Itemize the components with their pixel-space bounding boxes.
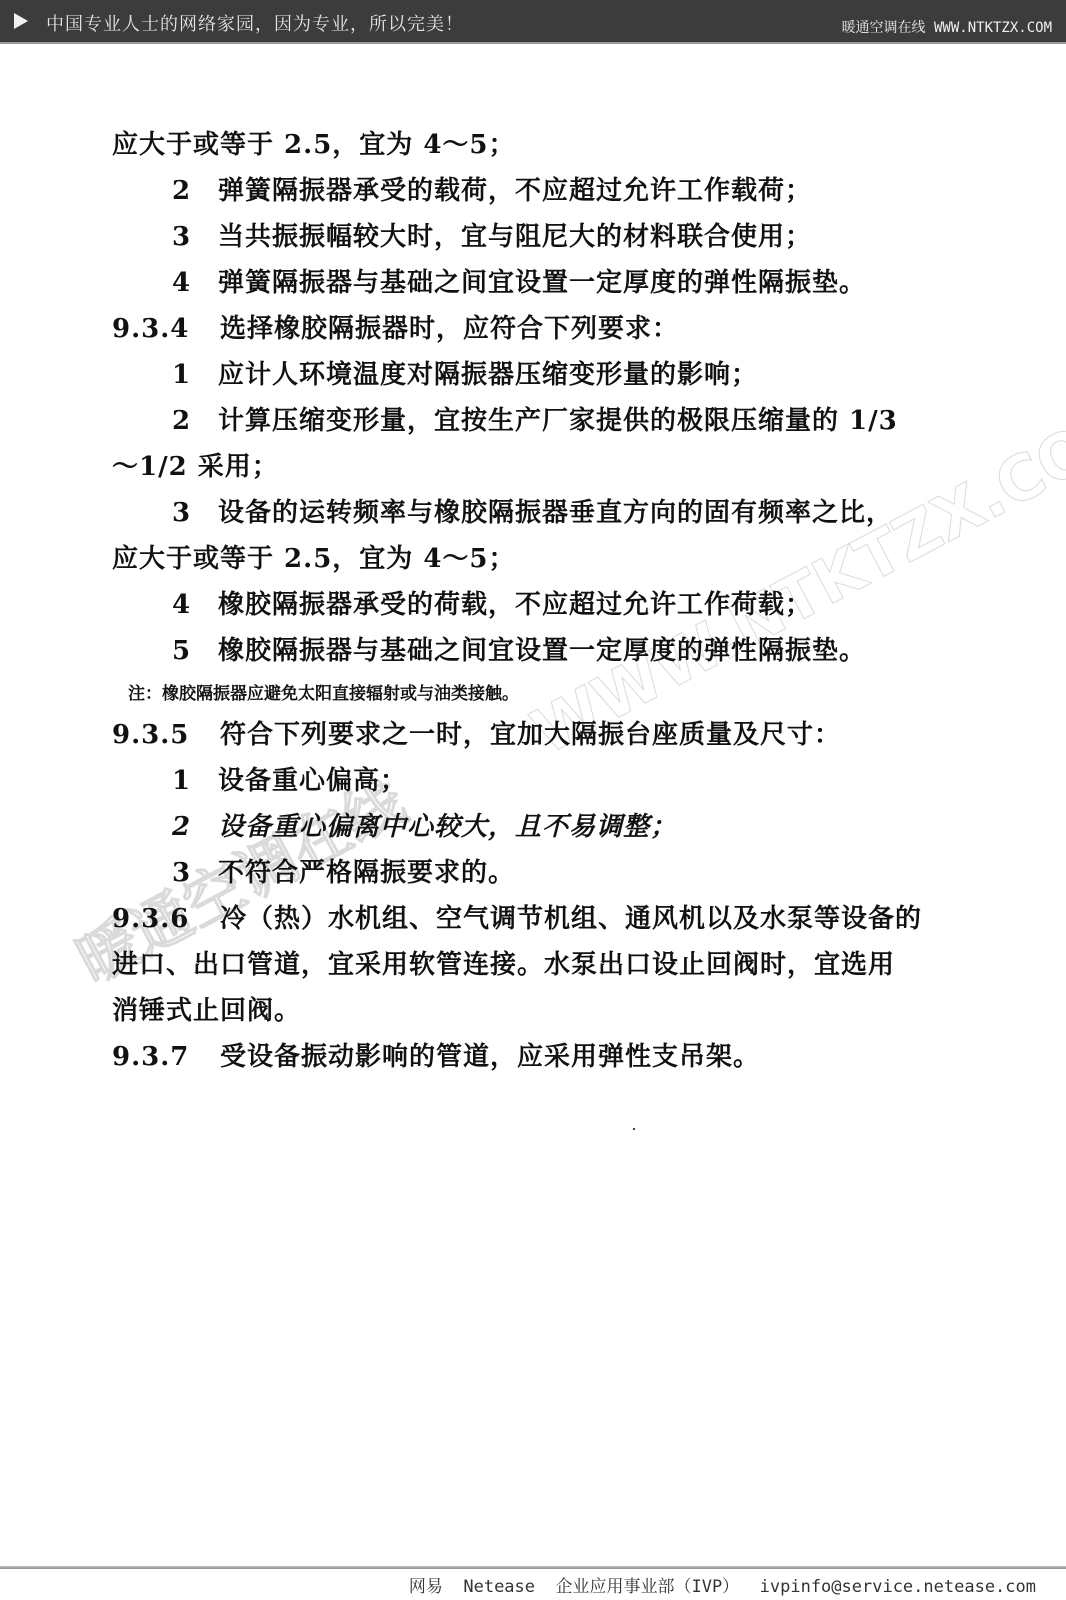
list-item: 4弹簧隔振器与基础之间宜设置一定厚度的弹性隔振垫。 xyxy=(172,268,866,298)
item-text: 设备重心偏离中心较大，且不易调整； xyxy=(218,812,677,842)
text-line-continuation: 进口、出口管道，宜采用软管连接。水泵出口设止回阀时，宜选用 xyxy=(112,950,895,980)
item-text: 当共振振幅较大时，宜与阻尼大的材料联合使用； xyxy=(218,222,812,252)
line-text: 应大于或等于 2.5，宜为 4～5； xyxy=(112,130,516,160)
item-number: 4 xyxy=(172,590,218,620)
item-number: 2 xyxy=(172,176,218,206)
clause-number: 9.3.4 xyxy=(112,314,220,344)
item-text: 不符合严格隔振要求的。 xyxy=(218,858,515,888)
clause-heading: 9.3.4选择橡胶隔振器时，应符合下列要求： xyxy=(112,314,679,344)
clause-text: 符合下列要求之一时，宜加大隔振台座质量及尺寸： xyxy=(220,720,841,750)
line-text: 应大于或等于 2.5，宜为 4～5； xyxy=(112,544,516,574)
item-text: 橡胶隔振器承受的荷载，不应超过允许工作荷载； xyxy=(218,590,812,620)
item-number: 1 xyxy=(172,766,218,796)
item-number: 2 xyxy=(172,406,218,436)
text-line-continuation: 应大于或等于 2.5，宜为 4～5； xyxy=(112,544,516,574)
list-item: 3设备的运转频率与橡胶隔振器垂直方向的固有频率之比， xyxy=(172,498,893,528)
note-line: 注：橡胶隔振器应避免太阳直接辐射或与油类接触。 xyxy=(128,684,519,704)
banner-site-name: 暖通空调在线 WWW.NTKTZX.COM xyxy=(842,17,1052,37)
text-line-continuation: 消锤式止回阀。 xyxy=(112,996,301,1026)
clause-text: 冷（热）水机组、空气调节机组、通风机以及水泵等设备的 xyxy=(220,904,922,934)
document-page: WWW.NTKTZX.COM 暖通空调在线 应大于或等于 2.5，宜为 4～5；… xyxy=(0,44,1066,1534)
item-text: 弹簧隔振器承受的载荷，不应超过允许工作载荷； xyxy=(218,176,812,206)
list-item: 2弹簧隔振器承受的载荷，不应超过允许工作载荷； xyxy=(172,176,812,206)
clause-heading: 9.3.5符合下列要求之一时，宜加大隔振台座质量及尺寸： xyxy=(112,720,841,750)
item-text: 计算压缩变形量，宜按生产厂家提供的极限压缩量的 1/3 xyxy=(218,406,898,436)
item-text: 设备重心偏高； xyxy=(218,766,407,796)
clause-text: 受设备振动影响的管道，应采用弹性支吊架。 xyxy=(220,1042,760,1072)
list-item: 2计算压缩变形量，宜按生产厂家提供的极限压缩量的 1/3 xyxy=(172,406,898,436)
clause-heading: 9.3.7受设备振动影响的管道，应采用弹性支吊架。 xyxy=(112,1042,760,1072)
top-banner: 中国专业人士的网络家园，因为专业，所以完美！ 暖通空调在线 WWW.NTKTZX… xyxy=(0,0,1066,44)
clause-number: 9.3.5 xyxy=(112,720,220,750)
line-text: ～1/2 采用； xyxy=(112,452,279,482)
clause-heading: 9.3.6冷（热）水机组、空气调节机组、通风机以及水泵等设备的 xyxy=(112,904,922,934)
list-item: 1设备重心偏高； xyxy=(172,766,407,796)
item-number: 3 xyxy=(172,498,218,528)
clause-text: 选择橡胶隔振器时，应符合下列要求： xyxy=(220,314,679,344)
item-number: 2 xyxy=(172,812,218,842)
item-text: 应计人环境温度对隔振器压缩变形量的影响； xyxy=(218,360,758,390)
list-item: 5橡胶隔振器与基础之间宜设置一定厚度的弹性隔振垫。 xyxy=(172,636,866,666)
play-triangle-icon xyxy=(14,13,28,29)
item-number: 5 xyxy=(172,636,218,666)
list-item: 1应计人环境温度对隔振器压缩变形量的影响； xyxy=(172,360,758,390)
item-number: 1 xyxy=(172,360,218,390)
footer-divider xyxy=(0,1566,1066,1569)
line-text: 进口、出口管道，宜采用软管连接。水泵出口设止回阀时，宜选用 xyxy=(112,950,895,980)
footer-credit: 网易 Netease 企业应用事业部（IVP） ivpinfo@service.… xyxy=(409,1572,1036,1597)
item-text: 橡胶隔振器与基础之间宜设置一定厚度的弹性隔振垫。 xyxy=(218,636,866,666)
list-item: 3当共振振幅较大时，宜与阻尼大的材料联合使用； xyxy=(172,222,812,252)
clause-number: 9.3.6 xyxy=(112,904,220,934)
list-item: 4橡胶隔振器承受的荷载，不应超过允许工作荷载； xyxy=(172,590,812,620)
item-number: 4 xyxy=(172,268,218,298)
note-text: 注：橡胶隔振器应避免太阳直接辐射或与油类接触。 xyxy=(128,684,519,704)
text-line-continuation: 应大于或等于 2.5，宜为 4～5； xyxy=(112,130,516,160)
scan-speck xyxy=(633,1128,635,1130)
list-item: 2设备重心偏离中心较大，且不易调整； xyxy=(172,812,677,842)
item-number: 3 xyxy=(172,858,218,888)
watermark-url: WWW.NTKTZX.COM xyxy=(520,383,1066,769)
line-text: 消锤式止回阀。 xyxy=(112,996,301,1026)
item-text: 弹簧隔振器与基础之间宜设置一定厚度的弹性隔振垫。 xyxy=(218,268,866,298)
item-text: 设备的运转频率与橡胶隔振器垂直方向的固有频率之比， xyxy=(218,498,893,528)
list-item: 3不符合严格隔振要求的。 xyxy=(172,858,515,888)
item-number: 3 xyxy=(172,222,218,252)
banner-slogan: 中国专业人士的网络家园，因为专业，所以完美！ xyxy=(46,10,464,36)
text-line-continuation: ～1/2 采用； xyxy=(112,452,279,482)
clause-number: 9.3.7 xyxy=(112,1042,220,1072)
